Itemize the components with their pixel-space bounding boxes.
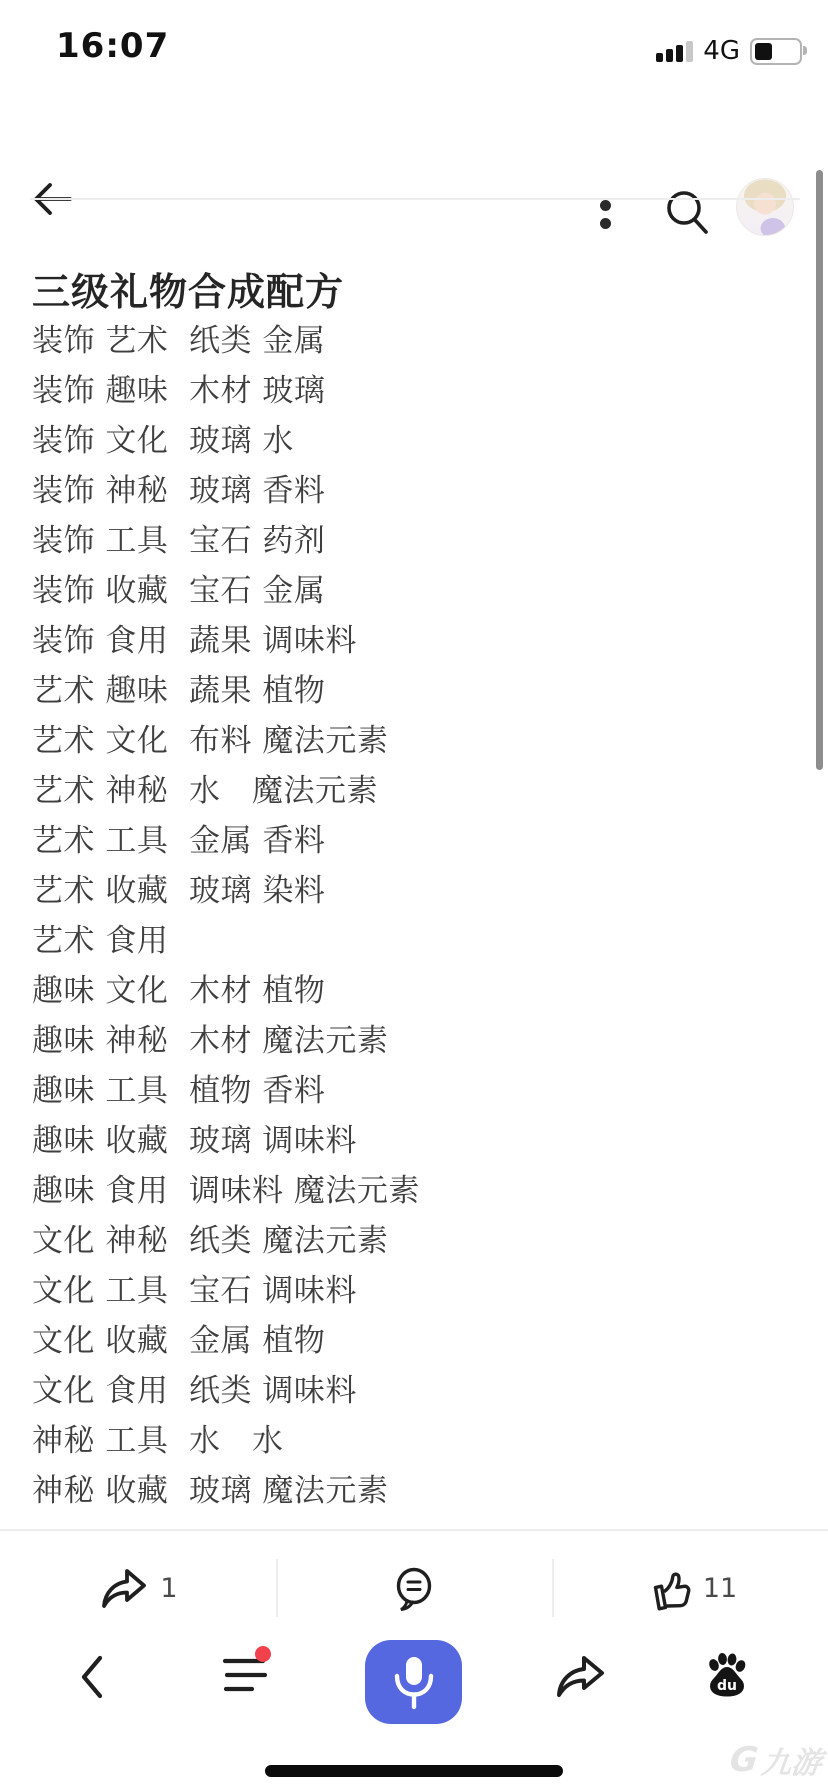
recipe-line: 艺术 食用 [32,916,792,966]
status-icons: 4G [656,36,802,66]
reading-list-button[interactable] [223,1656,269,1696]
share-forward-icon [98,1568,148,1610]
signal-bars-icon [656,40,693,62]
baidu-paw-icon: du [703,1652,751,1700]
recipe-line: 趣味 文化 木材 植物 [32,966,792,1016]
watermark-logo: G 九游 [728,1738,825,1782]
comment-bubble-icon [391,1565,437,1613]
action-divider [552,1559,554,1617]
recipe-line: 装饰 趣味 木材 玻璃 [32,366,792,416]
voice-search-button[interactable] [365,1640,462,1724]
recipe-list: 装饰 艺术 纸类 金属装饰 趣味 木材 玻璃装饰 文化 玻璃 水装饰 神秘 玻璃… [32,316,792,1516]
page-title: 三级礼物合成配方 [32,261,344,316]
baidu-du-label: du [717,1678,737,1694]
status-bar: 16:07 4G [0,0,828,70]
recipe-line: 艺术 收藏 玻璃 染料 [32,866,792,916]
recipe-line: 艺术 工具 金属 香料 [32,816,792,866]
action-bar: 1 11 [0,1529,828,1648]
recipe-line: 文化 收藏 金属 植物 [32,1316,792,1366]
share-count: 1 [160,1573,177,1604]
recipe-line: 文化 食用 纸类 调味料 [32,1366,792,1416]
recipe-line: 趣味 收藏 玻璃 调味料 [32,1116,792,1166]
action-divider [276,1559,278,1617]
reading-list-icon [223,1656,269,1696]
recipe-line: 艺术 文化 布料 魔法元素 [32,716,792,766]
recipe-line: 趣味 工具 植物 香料 [32,1066,792,1116]
nav-back-button[interactable] [72,1652,116,1702]
like-count: 11 [703,1573,737,1604]
recipe-line: 神秘 工具 水 水 [32,1416,792,1466]
battery-icon [750,38,802,65]
share-button[interactable]: 1 [0,1531,276,1646]
recipe-line: 神秘 收藏 玻璃 魔法元素 [32,1466,792,1516]
baidu-app-button[interactable]: du [703,1652,751,1700]
network-type-label: 4G [703,36,740,66]
nav-share-button[interactable] [552,1654,608,1700]
recipe-line: 装饰 神秘 玻璃 香料 [32,466,792,516]
home-indicator[interactable] [265,1765,563,1777]
search-button[interactable] [660,182,714,240]
share-forward-icon [552,1654,608,1700]
recipe-line: 装饰 收藏 宝石 金属 [32,566,792,616]
recipe-line: 艺术 神秘 水 魔法元素 [32,766,792,816]
thumbs-up-icon [643,1566,691,1612]
app-screen: 16:07 4G 三级礼物合成配方 装饰 艺术 纸类 金 [0,0,828,1792]
recipe-line: 趣味 食用 调味料 魔法元素 [32,1166,792,1216]
header-divider [30,198,800,200]
watermark-text: 九游 [760,1738,825,1782]
comment-button[interactable] [276,1531,552,1646]
overflow-menu-icon[interactable] [596,200,614,242]
like-button[interactable]: 11 [552,1531,828,1646]
notification-red-dot [255,1646,271,1662]
recipe-line: 文化 工具 宝石 调味料 [32,1266,792,1316]
recipe-line: 艺术 趣味 蔬果 植物 [32,666,792,716]
header-bar [0,70,828,198]
bottom-nav-bar: du G 九游 [0,1646,828,1792]
recipe-line: 装饰 艺术 纸类 金属 [32,316,792,366]
recipe-line: 趣味 神秘 木材 魔法元素 [32,1016,792,1066]
recipe-line: 装饰 食用 蔬果 调味料 [32,616,792,666]
watermark-glyph: G [728,1740,760,1780]
recipe-line: 文化 神秘 纸类 魔法元素 [32,1216,792,1266]
search-icon [660,182,714,240]
recipe-line: 装饰 工具 宝石 药剂 [32,516,792,566]
recipe-line: 装饰 文化 玻璃 水 [32,416,792,466]
scrollbar-thumb[interactable] [816,170,823,770]
user-avatar[interactable] [736,178,794,236]
chevron-back-icon [72,1652,116,1702]
clock: 16:07 [56,26,169,66]
microphone-icon [386,1652,442,1712]
